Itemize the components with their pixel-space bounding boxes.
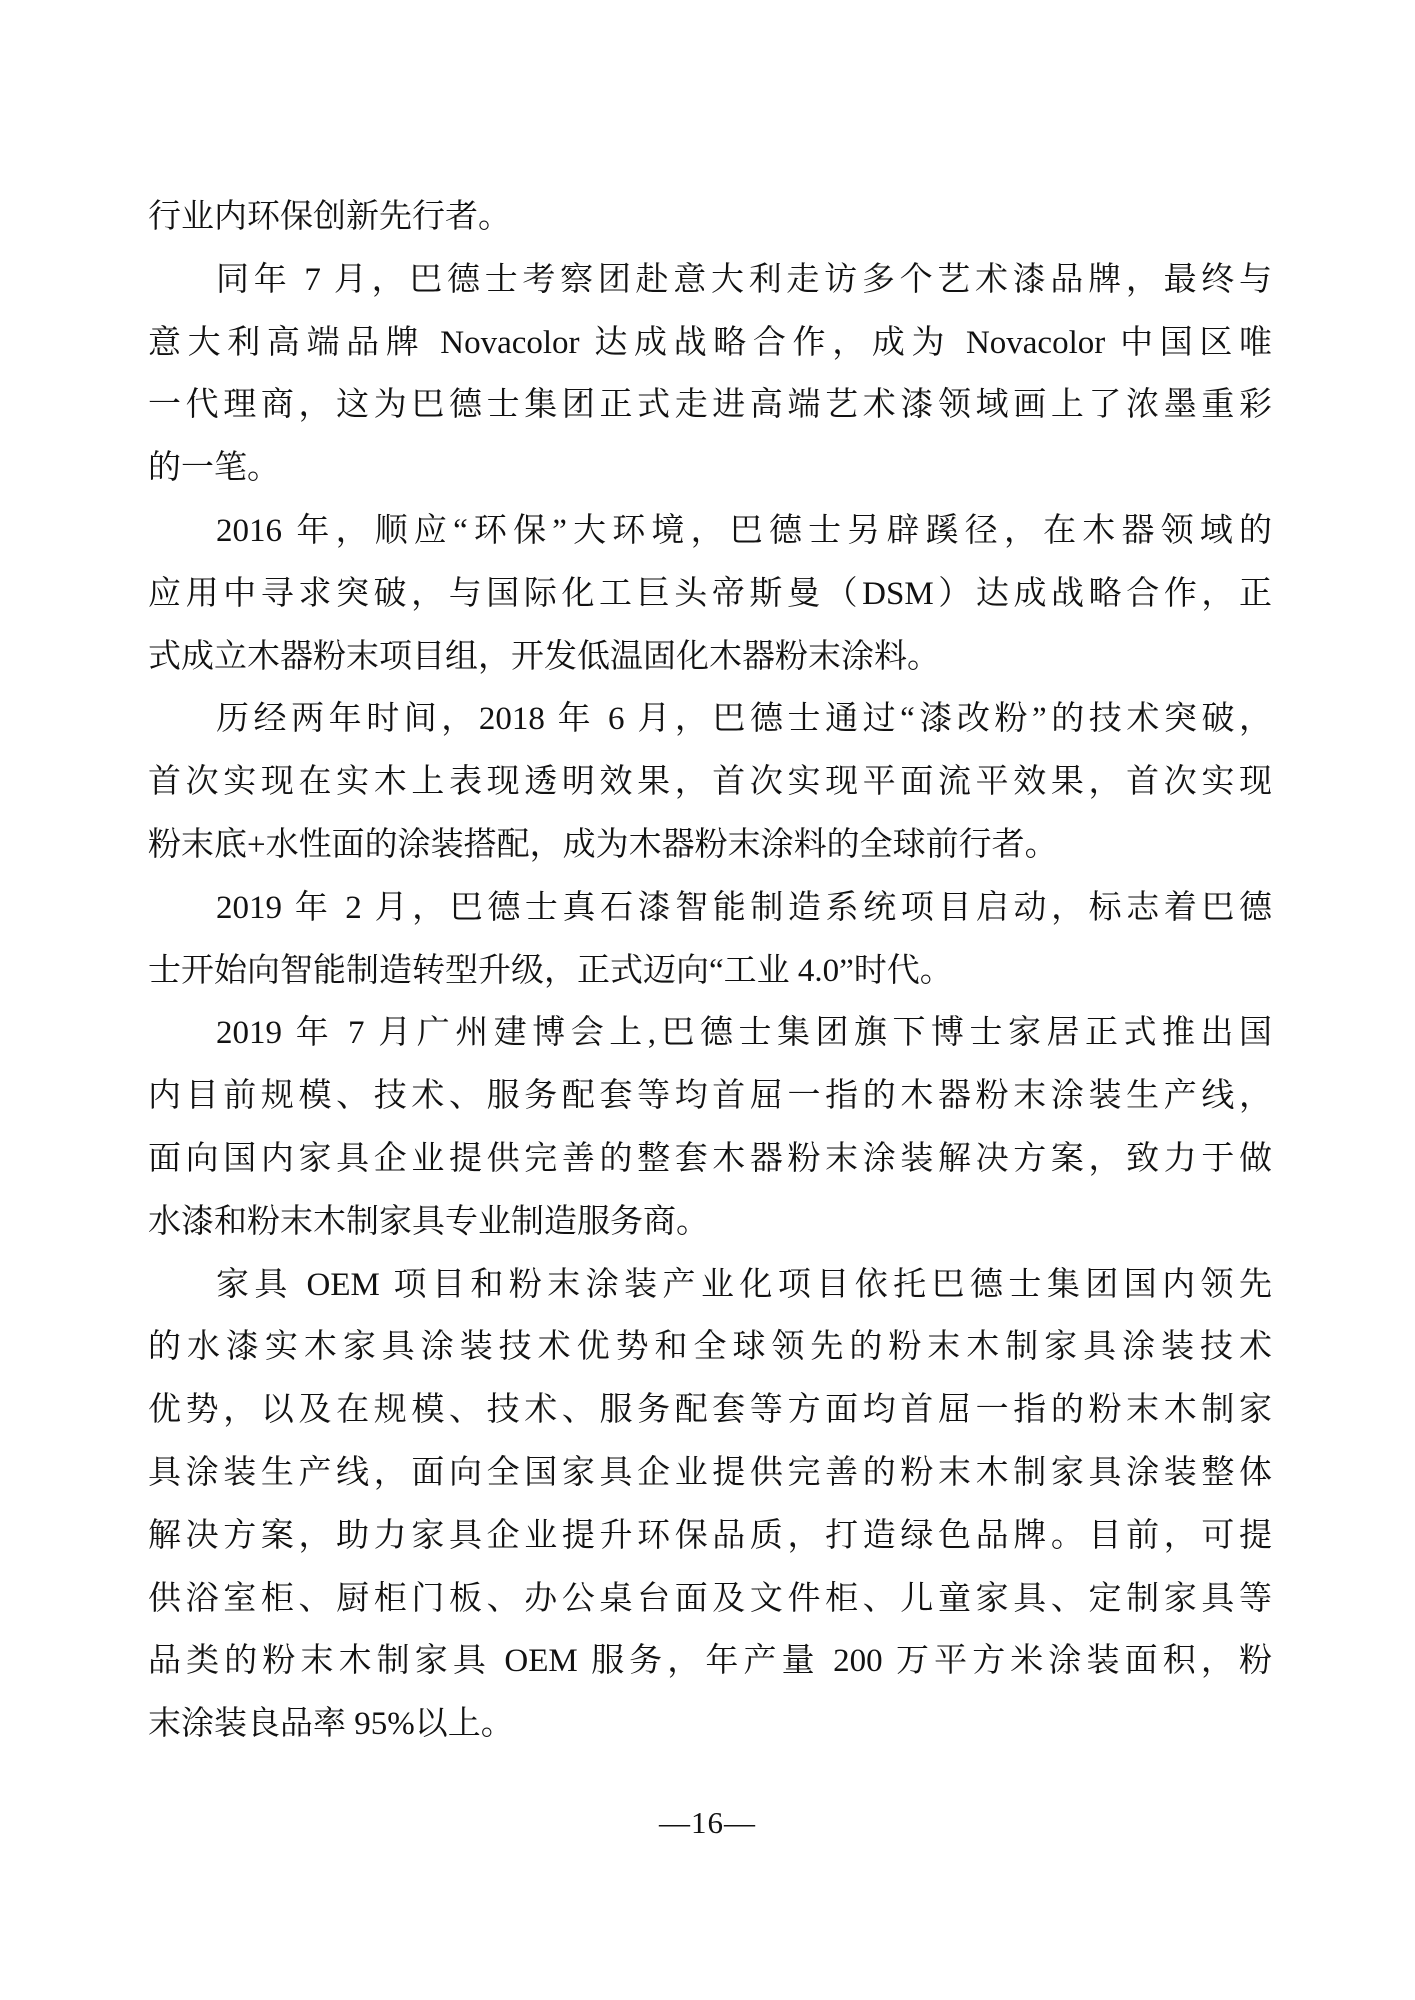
document-line: 同年 7 月，巴德士考察团赴意大利走访多个艺术漆品牌，最终与	[148, 249, 1272, 312]
document-line: 供浴室柜、厨柜门板、办公桌台面及文件柜、儿童家具、定制家具等	[148, 1568, 1272, 1631]
document-text-block: 行业内环保创新先行者。 同年 7 月，巴德士考察团赴意大利走访多个艺术漆品牌，最…	[148, 186, 1272, 1756]
document-line: 意大利高端品牌 Novacolor 达成战略合作，成为 Novacolor 中国…	[148, 312, 1272, 375]
document-line: 解决方案，助力家具企业提升环保品质，打造绿色品牌。目前，可提	[148, 1505, 1272, 1568]
document-line: 一代理商，这为巴德士集团正式走进高端艺术漆领域画上了浓墨重彩	[148, 374, 1272, 437]
document-line: 式成立木器粉末项目组，开发低温固化木器粉末涂料。	[148, 626, 1272, 689]
page-number: —16—	[0, 1805, 1415, 1841]
document-line: 行业内环保创新先行者。	[148, 186, 1272, 249]
document-line: 的水漆实木家具涂装技术优势和全球领先的粉末木制家具涂装技术	[148, 1316, 1272, 1379]
document-line: 水漆和粉末木制家具专业制造服务商。	[148, 1191, 1272, 1254]
document-line: 士开始向智能制造转型升级，正式迈向“工业 4.0”时代。	[148, 940, 1272, 1003]
document-line: 粉末底+水性面的涂装搭配，成为木器粉末涂料的全球前行者。	[148, 814, 1272, 877]
document-line: 家具 OEM 项目和粉末涂装产业化项目依托巴德士集团国内领先	[148, 1254, 1272, 1317]
document-line: 面向国内家具企业提供完善的整套木器粉末涂装解决方案，致力于做	[148, 1128, 1272, 1191]
document-line: 2019 年 2 月，巴德士真石漆智能制造系统项目启动，标志着巴德	[148, 877, 1272, 940]
document-line: 应用中寻求突破，与国际化工巨头帝斯曼（DSM）达成战略合作，正	[148, 563, 1272, 626]
document-page: 行业内环保创新先行者。 同年 7 月，巴德士考察团赴意大利走访多个艺术漆品牌，最…	[0, 0, 1415, 2000]
document-line: 2019 年 7 月广州建博会上,巴德士集团旗下博士家居正式推出国	[148, 1002, 1272, 1065]
document-line: 品类的粉末木制家具 OEM 服务，年产量 200 万平方米涂装面积，粉	[148, 1630, 1272, 1693]
document-line: 首次实现在实木上表现透明效果，首次实现平面流平效果，首次实现	[148, 751, 1272, 814]
document-line: 优势，以及在规模、技术、服务配套等方面均首屈一指的粉末木制家	[148, 1379, 1272, 1442]
document-line: 末涂装良品率 95%以上。	[148, 1693, 1272, 1756]
document-line: 的一笔。	[148, 437, 1272, 500]
document-line: 内目前规模、技术、服务配套等均首屈一指的木器粉末涂装生产线，	[148, 1065, 1272, 1128]
document-line: 具涂装生产线，面向全国家具企业提供完善的粉末木制家具涂装整体	[148, 1442, 1272, 1505]
document-line: 历经两年时间，2018 年 6 月，巴德士通过“漆改粉”的技术突破，	[148, 688, 1272, 751]
document-line: 2016 年，顺应“环保”大环境，巴德士另辟蹊径，在木器领域的	[148, 500, 1272, 563]
